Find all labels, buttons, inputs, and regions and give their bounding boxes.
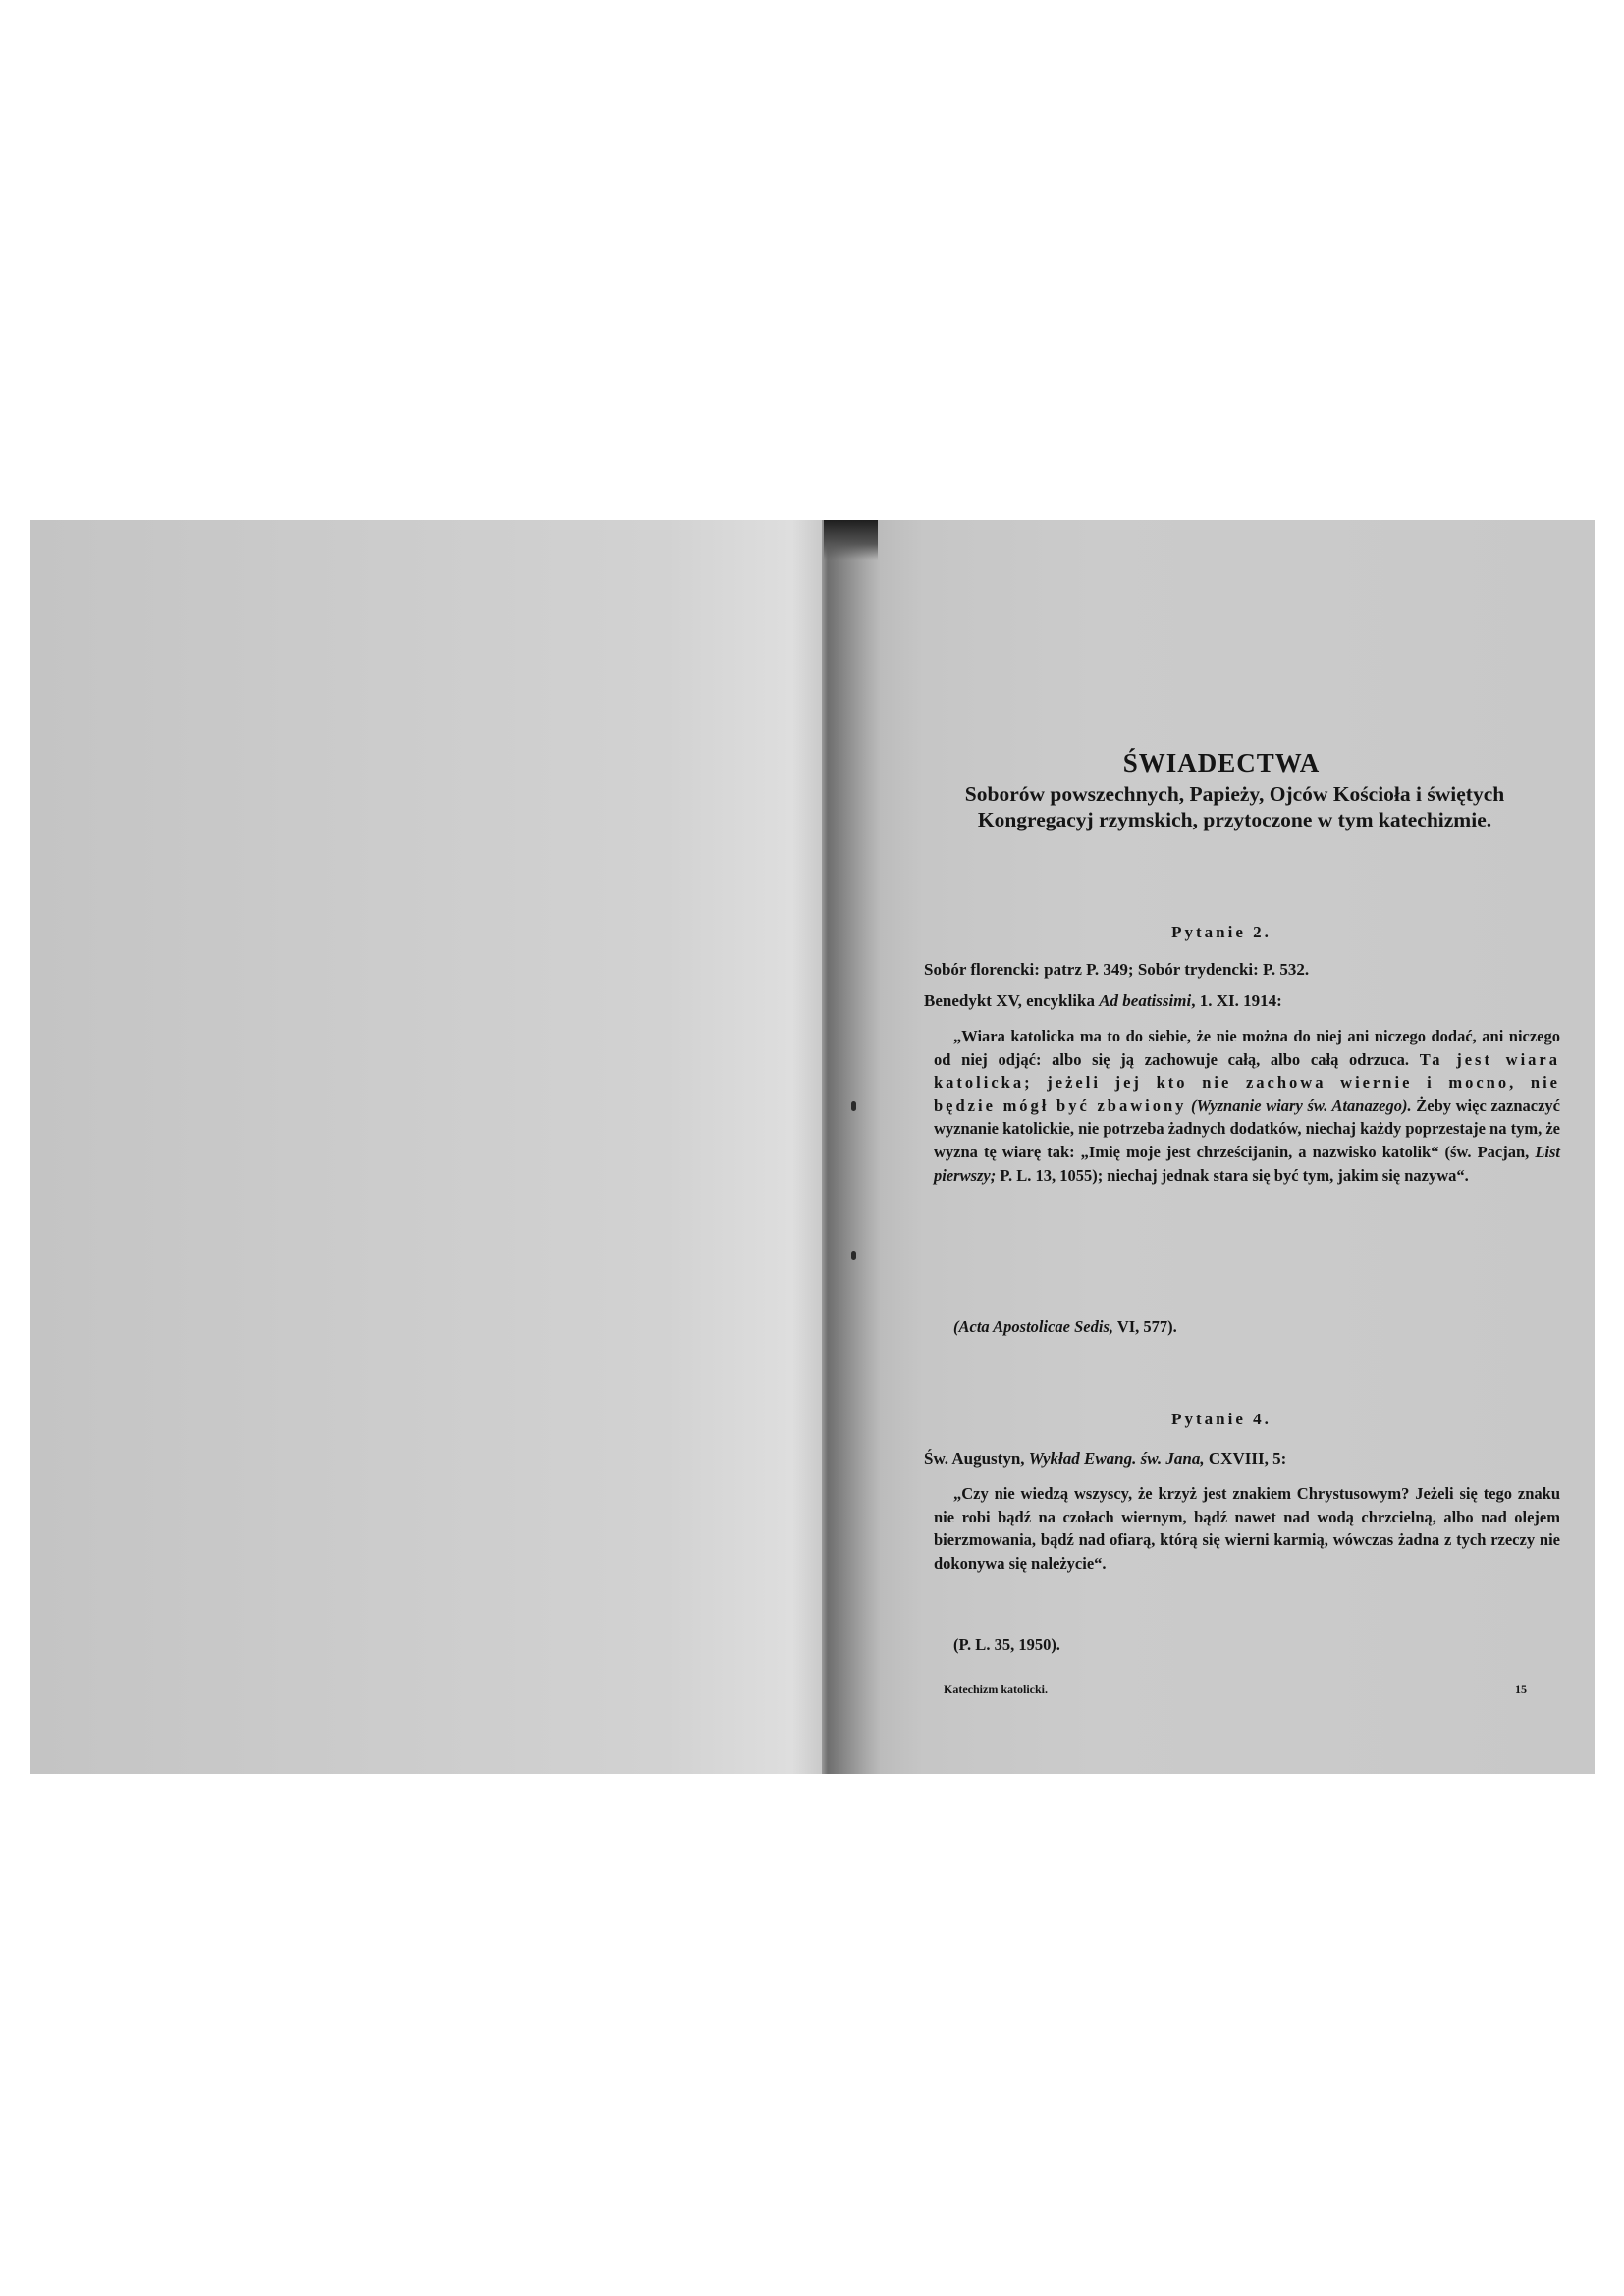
source-line: Św. Augustyn, Wykład Ewang. św. Jana, CX… [924,1447,1550,1470]
printer-signature: Katechizm katolicki. [944,1682,1048,1697]
source-title: Wykład Ewang. św. Jana, [1029,1449,1205,1468]
source-ref: CXVIII, 5: [1205,1449,1287,1468]
source-title: Ad beatissimi [1099,991,1191,1010]
source-prefix: Św. Augustyn, [924,1449,1029,1468]
page-subtitle: Soborów powszechnych, Papieży, Ojców Koś… [907,781,1562,832]
source-line: Benedykt XV, encyklika Ad beatissimi, 1.… [924,989,1550,1013]
quote-text: P. L. 13, 1055); niechaj jednak stara si… [996,1166,1469,1185]
reference-line: Sobór florencki: patrz P. 349; Sobór try… [924,958,1550,982]
book-gutter [822,520,881,1774]
source-prefix: Benedykt XV, encyklika [924,991,1099,1010]
margin-speck [851,1101,856,1111]
citation-title: (Acta Apostolicae Sedis, [953,1317,1113,1336]
section-heading-pytanie-2: Pytanie 2. [881,923,1562,942]
section-heading-pytanie-4: Pytanie 4. [881,1410,1562,1429]
gutter-shadow [824,520,878,560]
quote-italic-source: (Wyznanie wiary św. Atanazego). [1186,1096,1411,1115]
quote-paragraph: „Czy nie wiedzą wszyscy, że krzyż jest z… [934,1482,1560,1575]
page-number: 15 [1515,1682,1527,1697]
citation-ref: VI, 577). [1113,1317,1177,1336]
left-page-blank [30,520,824,1774]
citation: (Acta Apostolicae Sedis, VI, 577). [953,1317,1177,1337]
quote-paragraph: „Wiara katolicka ma to do siebie, że nie… [934,1025,1560,1187]
margin-speck [851,1251,856,1260]
citation: (P. L. 35, 1950). [953,1635,1060,1655]
page-title: ŚWIADECTWA [881,748,1562,778]
source-date: , 1. XI. 1914: [1191,991,1282,1010]
book-scan: ŚWIADECTWA Soborów powszechnych, Papieży… [30,520,1595,1774]
